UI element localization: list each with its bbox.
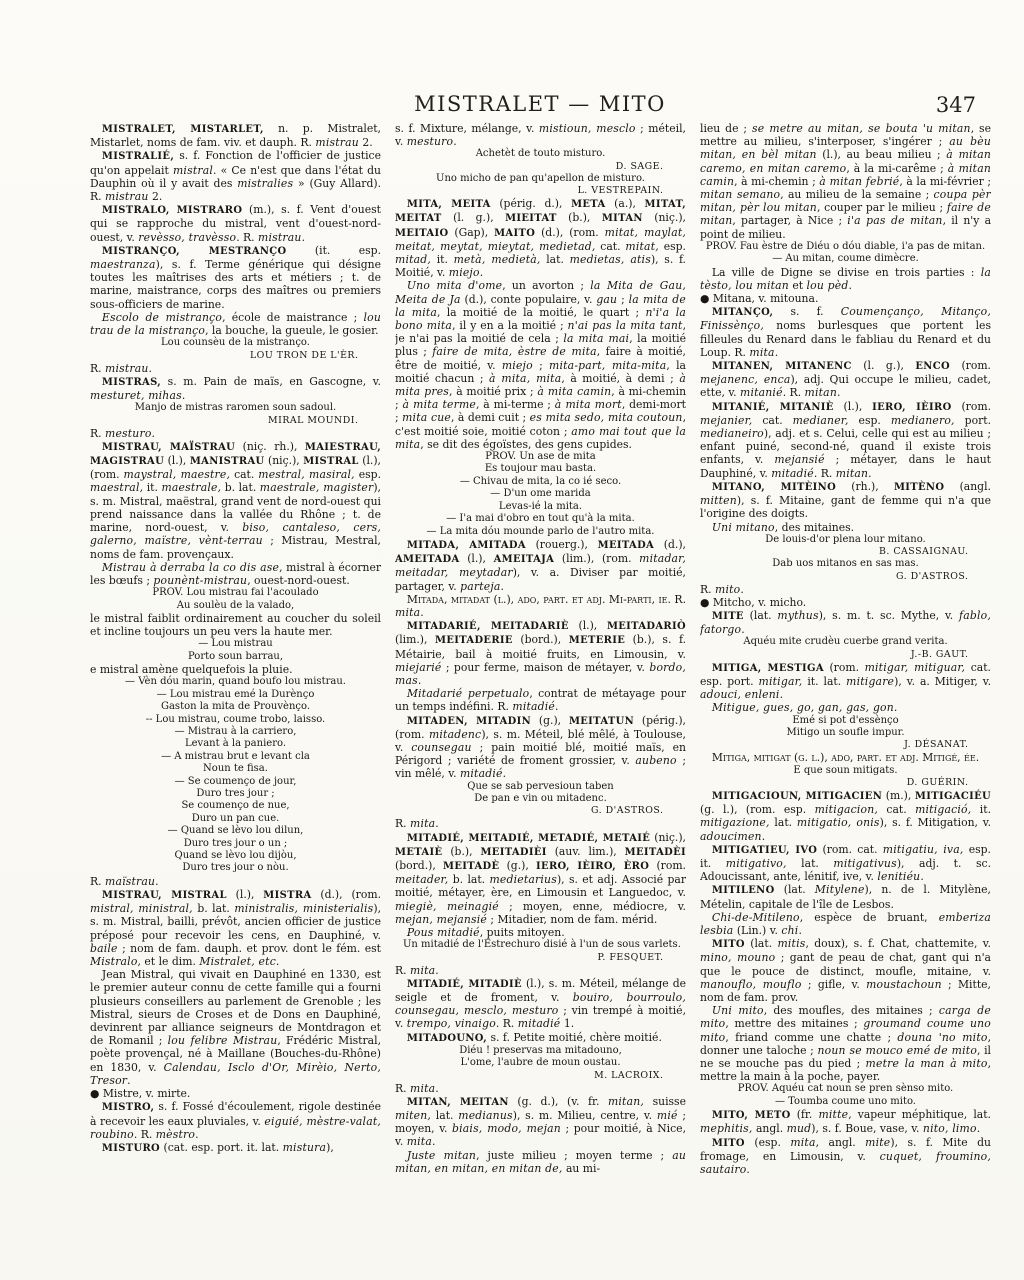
verse-quote: Emé si pot d'essènçoMitigo un soufle imp…	[700, 715, 991, 740]
paragraph: Pous mitadié, puits mitoyen.	[395, 926, 686, 939]
paragraph: Juste mitan, juste milieu ; moyen terme …	[395, 1149, 686, 1175]
dictionary-entry: MITO (esp. mita, angl. mite), s. f. Mite…	[700, 1136, 991, 1177]
verse-quote: — Quand se lèvo lou dilun,Duro tres jour…	[90, 825, 381, 875]
verse-quote: — La mita dóu mounde parlo de l'autro mi…	[395, 526, 686, 538]
verse-quote: — Lou mistrauPorto soun barrau,	[90, 638, 381, 663]
dictionary-entry: MISTURO (cat. esp. port. it. lat. mistur…	[90, 1141, 381, 1155]
verse-quote: -- Lou mistrau, coume trobo, laisso.	[90, 714, 381, 726]
column-1: MISTRALET, MISTARLET, n. p. Mistralet, M…	[90, 122, 381, 1272]
dictionary-entry: MITADEN, MITADIN (g.), MEITATUN (périg.)…	[395, 714, 686, 781]
verse-quote: Lou counsèu de la mistranço.	[90, 337, 381, 349]
running-head: MISTRALET — MITO 347	[90, 92, 990, 118]
proverb: PROV. Fau èstre de Diéu o dóu diable, i'…	[700, 241, 991, 253]
dictionary-entry: MISTRAU, MAÏSTRAU (niç. rh.), MAIESTRAU,…	[90, 440, 381, 561]
dictionary-entry: MITO (lat. mitis, doux), s. f. Chat, cha…	[700, 937, 991, 1004]
dictionary-entry: MISTRO, s. f. Fossé d'écoulement, rigole…	[90, 1100, 381, 1141]
dictionary-entry: MITANIÉ, MITANIÈ (l.), IERO, IÈIRO (rom.…	[700, 400, 991, 480]
citation-author: J.-B. GAUT.	[700, 649, 991, 661]
citation-author: D. GUÉRIN.	[700, 777, 991, 789]
paragraph: Mistrau à derraba la co dis ase, mistral…	[90, 561, 381, 587]
dictionary-entry: MITADIÉ, MITADIÈ (l.), s. m. Méteil, mél…	[395, 977, 686, 1031]
dictionary-entry: MITANÇO, s. f. Coumençanço, Mitanço, Fin…	[700, 305, 991, 359]
verse-quote: E que soun mitigats.	[700, 765, 991, 777]
paragraph: Uni mito, des moufles, des mitaines ; ca…	[700, 1004, 991, 1083]
dictionary-entry: MITADA, AMITADA (rouerg.), MEITADA (d.),…	[395, 538, 686, 593]
dictionary-entry: MITO, METO (fr. mitte, vapeur méphitique…	[700, 1108, 991, 1135]
dictionary-entry: MITILENO (lat. Mitylene), n. de l. Mityl…	[700, 883, 991, 910]
dictionary-entry: MITANEN, MITANENC (l. g.), ENCO (rom. me…	[700, 359, 991, 400]
verse-quote: — Toumba coume uno mito.	[700, 1096, 991, 1108]
dictionary-entry: MITADIÉ, MEITADIÉ, METADIÉ, METAIÉ (niç.…	[395, 831, 686, 926]
verse-quote: — Chivau de mita, la co ié seco.	[395, 476, 686, 488]
verse-quote: — Mistrau à la carriero,Levant à la pani…	[90, 726, 381, 751]
cross-reference: ● Mitcho, v. micho.	[700, 596, 991, 609]
dictionary-entry: MISTRALET, MISTARLET, n. p. Mistralet, M…	[90, 122, 381, 149]
paragraph: Escolo de mistranço, école de maistrance…	[90, 311, 381, 337]
etymology-ref: R. mita.	[395, 1082, 686, 1095]
citation-author: MIRAL MOUNDI.	[90, 415, 381, 427]
dictionary-page: MISTRALET — MITO 347 MISTRALET, MISTARLE…	[0, 0, 1024, 1280]
verse-quote: — A mistrau brut e levant claNoun te fis…	[90, 751, 381, 776]
dictionary-entry: MITAN, MEITAN (g. d.), (v. fr. mitan, su…	[395, 1095, 686, 1149]
verse-quote: Uno micho de pan qu'apellon de misturo.	[395, 173, 686, 185]
verse-quote: Aquéu mite crudèu cuerbe grand verita.	[700, 636, 991, 648]
paragraph: Uni mitano, des mitaines.	[700, 521, 991, 534]
citation-author: G. D'ASTROS.	[395, 805, 686, 817]
verse-quote: Que se sab pervesioun tabenDe pan e vin …	[395, 781, 686, 806]
citation-author: LOU TRON DE L'ÈR.	[90, 350, 381, 362]
dictionary-entry: MITE (lat. mythus), s. m. t. sc. Mythe, …	[700, 609, 991, 636]
dictionary-subentry: Mitada, mitadat (l.), ado, part. et adj.…	[395, 593, 686, 619]
page-number: 347	[936, 93, 976, 117]
citation-author: G. D'ASTROS.	[700, 571, 991, 583]
paragraph: Uno mita d'ome, un avorton ; la Mita de …	[395, 279, 686, 451]
paragraph: La ville de Digne se divise en trois par…	[700, 266, 991, 292]
dictionary-entry: MITA, MEITA (périg. d.), META (a.), MITA…	[395, 197, 686, 279]
verse-quote: — I'a mai d'obro en tout qu'à la mita.	[395, 513, 686, 525]
citation-author: P. FESQUET.	[395, 952, 686, 964]
dictionary-entry: MITANO, MITÈINO (rh.), MITÈNO (angl. mit…	[700, 480, 991, 521]
text-columns: MISTRALET, MISTARLET, n. p. Mistralet, M…	[90, 122, 992, 1272]
dictionary-entry: MITIGACIOUN, MITIGACIEN (m.), MITIGACIÉU…	[700, 789, 991, 843]
dictionary-entry: MISTRALIÉ, s. f. Fonction de l'officier …	[90, 149, 381, 203]
citation-author: J. DÉSANAT.	[700, 739, 991, 751]
verse-quote: — Se coumenço de jour,Duro tres jour ;Se…	[90, 776, 381, 826]
column-2: s. f. Mixture, mélange, v. mistioun, mes…	[395, 122, 686, 1272]
citation-author: L. VESTREPAIN.	[395, 185, 686, 197]
verse-quote: — Lou mistrau emé la DurènçoGaston la mi…	[90, 689, 381, 714]
etymology-ref: R. mita.	[395, 817, 686, 830]
verse-quote: Diéu ! preservas ma mitadouno,L'ome, l'a…	[395, 1045, 686, 1070]
dictionary-entry: MISTRAU, MISTRAL (l.), MISTRA (d.), (rom…	[90, 888, 381, 968]
dictionary-entry: MISTRAS, s. m. Pain de maïs, en Gascogne…	[90, 375, 381, 402]
continuation-paragraph: le mistral faiblit ordinairement au couc…	[90, 612, 381, 638]
dictionary-entry: MITADARIÉ, MEITADARIÈ (l.), MEITADARIÒ (…	[395, 619, 686, 687]
citation-author: M. LACROIX.	[395, 1070, 686, 1082]
proverb: PROV. Un ase de mitaEs toujour mau basta…	[395, 451, 686, 476]
citation-author: D. SAGE.	[395, 161, 686, 173]
paragraph: Jean Mistral, qui vivait en Dauphiné en …	[90, 968, 381, 1087]
verse-quote: — D'un ome maridaLevas-ié la mita.	[395, 488, 686, 513]
prose-quote: Un mitadié de l'Estrechuro disié à l'un …	[395, 939, 686, 951]
continuation-paragraph: lieu de ; se metre au mitan, se bouta 'u…	[700, 122, 991, 241]
paragraph: Mitigue, gues, go, gan, gas, gon.	[700, 701, 991, 714]
paragraph: Chi-de-Mitileno, espèce de bruant, ember…	[700, 911, 991, 937]
etymology-ref: R. mistrau.	[90, 362, 381, 375]
dictionary-entry: MITIGA, MESTIGA (rom. mitigar, mitiguar,…	[700, 661, 991, 702]
dictionary-entry: MISTRALO, MISTRARO (m.), s. f. Vent d'ou…	[90, 203, 381, 244]
cross-reference: ● Mitana, v. mitouna.	[700, 292, 991, 305]
dictionary-entry: MITADOUNO, s. f. Petite moitié, chère mo…	[395, 1031, 686, 1045]
verse-quote: Achetèt de touto misturo.	[395, 148, 686, 160]
paragraph: Mitadarié perpetualo, contrat de métayag…	[395, 687, 686, 713]
dictionary-entry: MISTRANÇO, MESTRANÇO (it. esp. maestranz…	[90, 244, 381, 311]
dictionary-entry: MITIGATIEU, IVO (rom. cat. mitigatiu, iv…	[700, 843, 991, 884]
etymology-ref: R. maïstrau.	[90, 875, 381, 888]
verse-quote: — Vèn dóu marin, quand boufo lou mistrau…	[90, 676, 381, 688]
page-header-title: MISTRALET — MITO	[90, 92, 990, 116]
proverb: PROV. Lou mistrau fai l'acouladoAu soulè…	[90, 587, 381, 612]
continuation-paragraph: e mistral amène quelquefois la pluie.	[90, 663, 381, 676]
proverb: PROV. Aquéu cat noun se pren sènso mito.	[700, 1083, 991, 1095]
column-3: lieu de ; se metre au mitan, se bouta 'u…	[700, 122, 991, 1272]
etymology-ref: R. mesturo.	[90, 427, 381, 440]
citation-author: B. CASSAIGNAU.	[700, 546, 991, 558]
cross-reference: ● Mistre, v. mirte.	[90, 1087, 381, 1100]
etymology-ref: R. mita.	[395, 964, 686, 977]
verse-quote: Dab uos mitanos en sas mas.	[700, 558, 991, 570]
continuation-paragraph: s. f. Mixture, mélange, v. mistioun, mes…	[395, 122, 686, 148]
etymology-ref: R. mito.	[700, 583, 991, 596]
verse-quote: De louis-d'or plena lour mitano.	[700, 534, 991, 546]
verse-quote: — Au mitan, coume dimècre.	[700, 253, 991, 265]
verse-quote: Manjo de mistras raromen soun sadoul.	[90, 402, 381, 414]
dictionary-subentry: Mitiga, mitigat (g. l.), ado, part. et a…	[700, 751, 991, 764]
